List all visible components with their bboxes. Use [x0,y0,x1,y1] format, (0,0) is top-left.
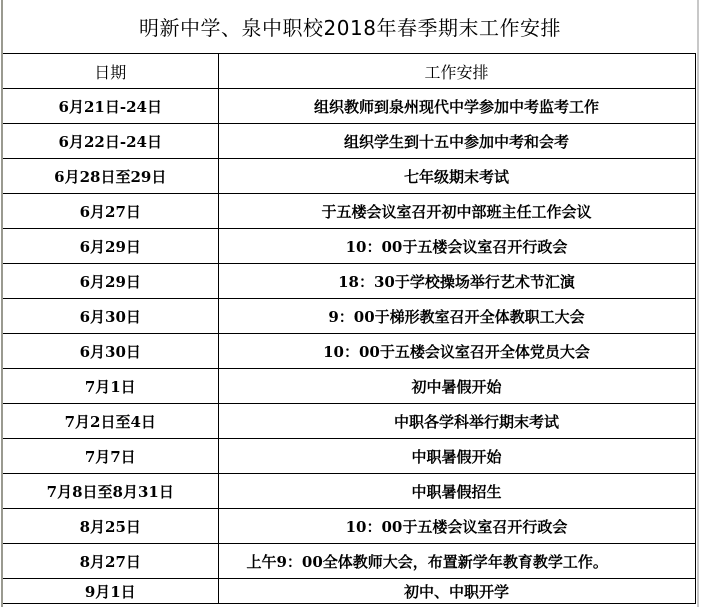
cell-work[interactable]: 初中、中职开学 [218,579,695,604]
schedule-table: 日期 工作安排 6月21日-24日 组织教师到泉州现代中学参加中考监考工作 6月… [3,53,696,604]
cell-date[interactable]: 6月22日-24日 [3,124,218,159]
cell-work[interactable]: 18：30于学校操场举行艺术节汇演 [218,264,695,299]
cell-date[interactable]: 6月29日 [3,229,218,264]
document-title: 明新中学、泉中职校2018年春季期末工作安排 [3,0,697,53]
cell-work[interactable]: 中职各学科举行期末考试 [218,404,695,439]
cell-work[interactable]: 10：00于五楼会议室召开行政会 [218,509,695,544]
cell-date[interactable]: 7月7日 [3,439,218,474]
cell-date[interactable]: 6月30日 [3,334,218,369]
cell-work[interactable]: 组织教师到泉州现代中学参加中考监考工作 [218,89,695,124]
table-row: 6月30日 10：00于五楼会议室召开全体党员大会 [3,334,695,369]
cell-date[interactable]: 9月1日 [3,579,218,604]
cell-work[interactable]: 中职暑假开始 [218,439,695,474]
table-row: 6月22日-24日 组织学生到十五中参加中考和会考 [3,124,695,159]
cell-date[interactable]: 6月27日 [3,194,218,229]
cell-work[interactable]: 9：00于梯形教室召开全体教职工大会 [218,299,695,334]
cell-date[interactable]: 7月8日至8月31日 [3,474,218,509]
cell-work[interactable]: 中职暑假招生 [218,474,695,509]
cell-date[interactable]: 8月25日 [3,509,218,544]
cell-work[interactable]: 10：00于五楼会议室召开行政会 [218,229,695,264]
table-row: 6月29日 10：00于五楼会议室召开行政会 [3,229,695,264]
cell-date[interactable]: 8月27日 [3,544,218,579]
table-header-row: 日期 工作安排 [3,54,695,89]
header-work[interactable]: 工作安排 [218,54,695,89]
cell-work[interactable]: 组织学生到十五中参加中考和会考 [218,124,695,159]
table-row: 9月1日 初中、中职开学 [3,579,695,604]
sheet-gridline-right [697,0,699,607]
cell-date[interactable]: 6月30日 [3,299,218,334]
cell-work[interactable]: 于五楼会议室召开初中部班主任工作会议 [218,194,695,229]
table-row: 6月21日-24日 组织教师到泉州现代中学参加中考监考工作 [3,89,695,124]
spreadsheet-sheet: 明新中学、泉中职校2018年春季期末工作安排 日期 工作安排 6月21日-24日… [0,0,702,607]
cell-date[interactable]: 6月28日至29日 [3,159,218,194]
table-row: 6月28日至29日 七年级期末考试 [3,159,695,194]
cell-work[interactable]: 初中暑假开始 [218,369,695,404]
table-row: 6月27日 于五楼会议室召开初中部班主任工作会议 [3,194,695,229]
cell-work[interactable]: 10：00于五楼会议室召开全体党员大会 [218,334,695,369]
table-row: 7月1日 初中暑假开始 [3,369,695,404]
cell-date[interactable]: 6月21日-24日 [3,89,218,124]
cell-work[interactable]: 七年级期末考试 [218,159,695,194]
table-row: 7月2日至4日 中职各学科举行期末考试 [3,404,695,439]
table-row: 8月27日 上午9：00全体教师大会，布置新学年教育教学工作。 [3,544,695,579]
cell-date[interactable]: 6月29日 [3,264,218,299]
cell-date[interactable]: 7月2日至4日 [3,404,218,439]
cell-work[interactable]: 上午9：00全体教师大会，布置新学年教育教学工作。 [218,544,695,579]
cell-date[interactable]: 7月1日 [3,369,218,404]
table-row: 6月30日 9：00于梯形教室召开全体教职工大会 [3,299,695,334]
table-row: 7月7日 中职暑假开始 [3,439,695,474]
table-row: 8月25日 10：00于五楼会议室召开行政会 [3,509,695,544]
table-row: 7月8日至8月31日 中职暑假招生 [3,474,695,509]
table-row: 6月29日 18：30于学校操场举行艺术节汇演 [3,264,695,299]
header-date[interactable]: 日期 [3,54,218,89]
